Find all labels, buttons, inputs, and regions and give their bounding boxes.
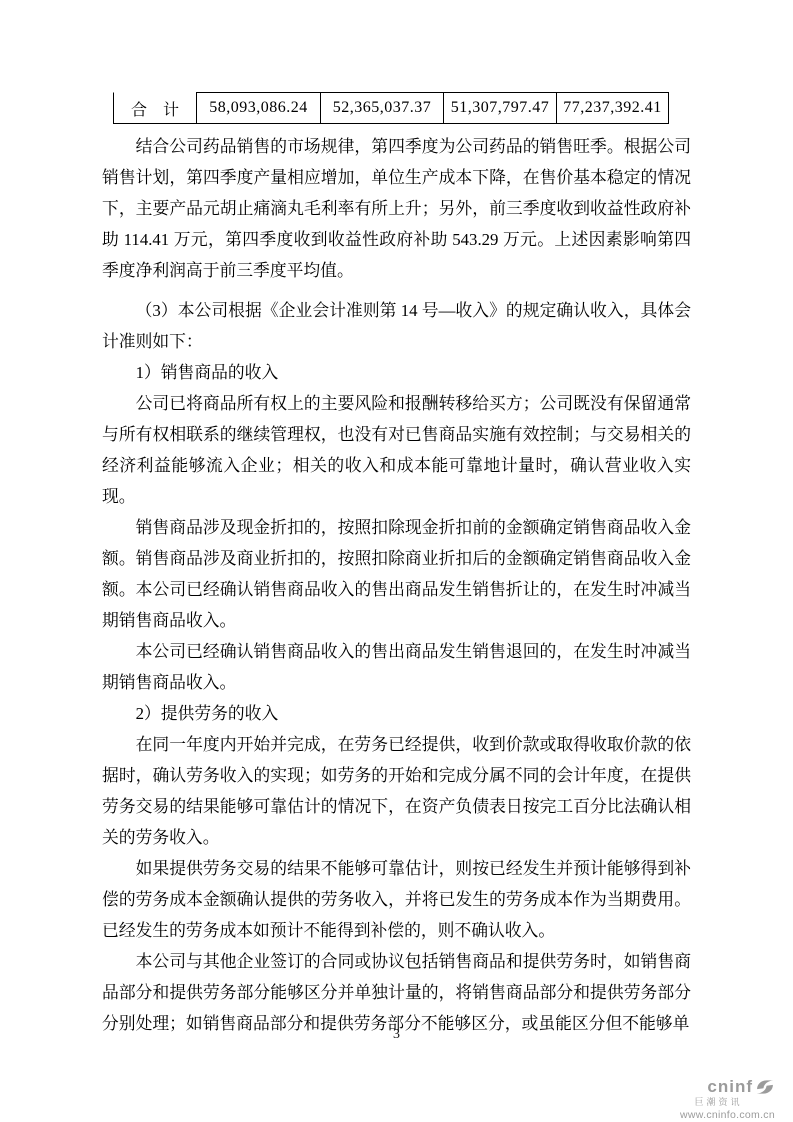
paragraph-mixed-contracts: 本公司与其他企业签订的合同或协议包括销售商品和提供劳务时，如销售商品部分和提供劳… <box>102 946 691 1039</box>
heading-service-revenue: 2）提供劳务的收入 <box>102 698 691 729</box>
paragraph-revenue-policy-intro: （3）本公司根据《企业会计准则第 14 号—收入》的规定确认收入，具体会计准则如… <box>102 295 691 357</box>
heading-goods-sales-revenue: 1）销售商品的收入 <box>102 357 691 388</box>
table-cell-value-1: 58,093,086.24 <box>196 92 320 123</box>
paragraph-goods-revenue-recognition: 公司已将商品所有权上的主要风险和报酬转移给买方；公司既没有保留通常与所有权相联系… <box>102 388 691 512</box>
table-cell-total-label: 合 计 <box>113 92 196 123</box>
cninfo-swirl-icon <box>755 1077 775 1097</box>
table-cell-value-4: 77,237,392.41 <box>556 92 669 123</box>
document-body: 结合公司药品销售的市场规律，第四季度为公司药品的销售旺季。根据公司销售计划，第四… <box>102 131 691 1039</box>
paragraph-service-revenue-recognition: 在同一年度内开始并完成，在劳务已经提供，收到价款或取得收取价款的依据时，确认劳务… <box>102 729 691 853</box>
document-page: 合 计 58,093,086.24 52,365,037.37 51,307,7… <box>0 0 793 1122</box>
cninfo-logo: cninf 巨潮资讯 www.cninfo.com.cn <box>680 1077 775 1121</box>
paragraph-discounts: 销售商品涉及现金折扣的，按照扣除现金折扣前的金额确定销售商品收入金额。销售商品涉… <box>102 512 691 636</box>
cninfo-url: www.cninfo.com.cn <box>680 1110 775 1122</box>
cninfo-chinese-name: 巨潮资讯 <box>680 1098 757 1108</box>
paragraph-service-unreliable-estimate: 如果提供劳务交易的结果不能够可靠估计，则按已经发生并预计能够得到补偿的劳务成本金… <box>102 853 691 946</box>
page-number: 3 <box>0 1027 793 1043</box>
table-cell-value-3: 51,307,797.47 <box>443 92 556 123</box>
cninfo-brand-text: cninf <box>707 1078 753 1097</box>
financial-table-total-row: 合 计 58,093,086.24 52,365,037.37 51,307,7… <box>113 92 669 124</box>
paragraph-quarter-analysis: 结合公司药品销售的市场规律，第四季度为公司药品的销售旺季。根据公司销售计划，第四… <box>102 131 691 286</box>
table-cell-value-2: 52,365,037.37 <box>320 92 443 123</box>
paragraph-sales-returns: 本公司已经确认销售商品收入的售出商品发生销售退回的，在发生时冲减当期销售商品收入… <box>102 636 691 698</box>
